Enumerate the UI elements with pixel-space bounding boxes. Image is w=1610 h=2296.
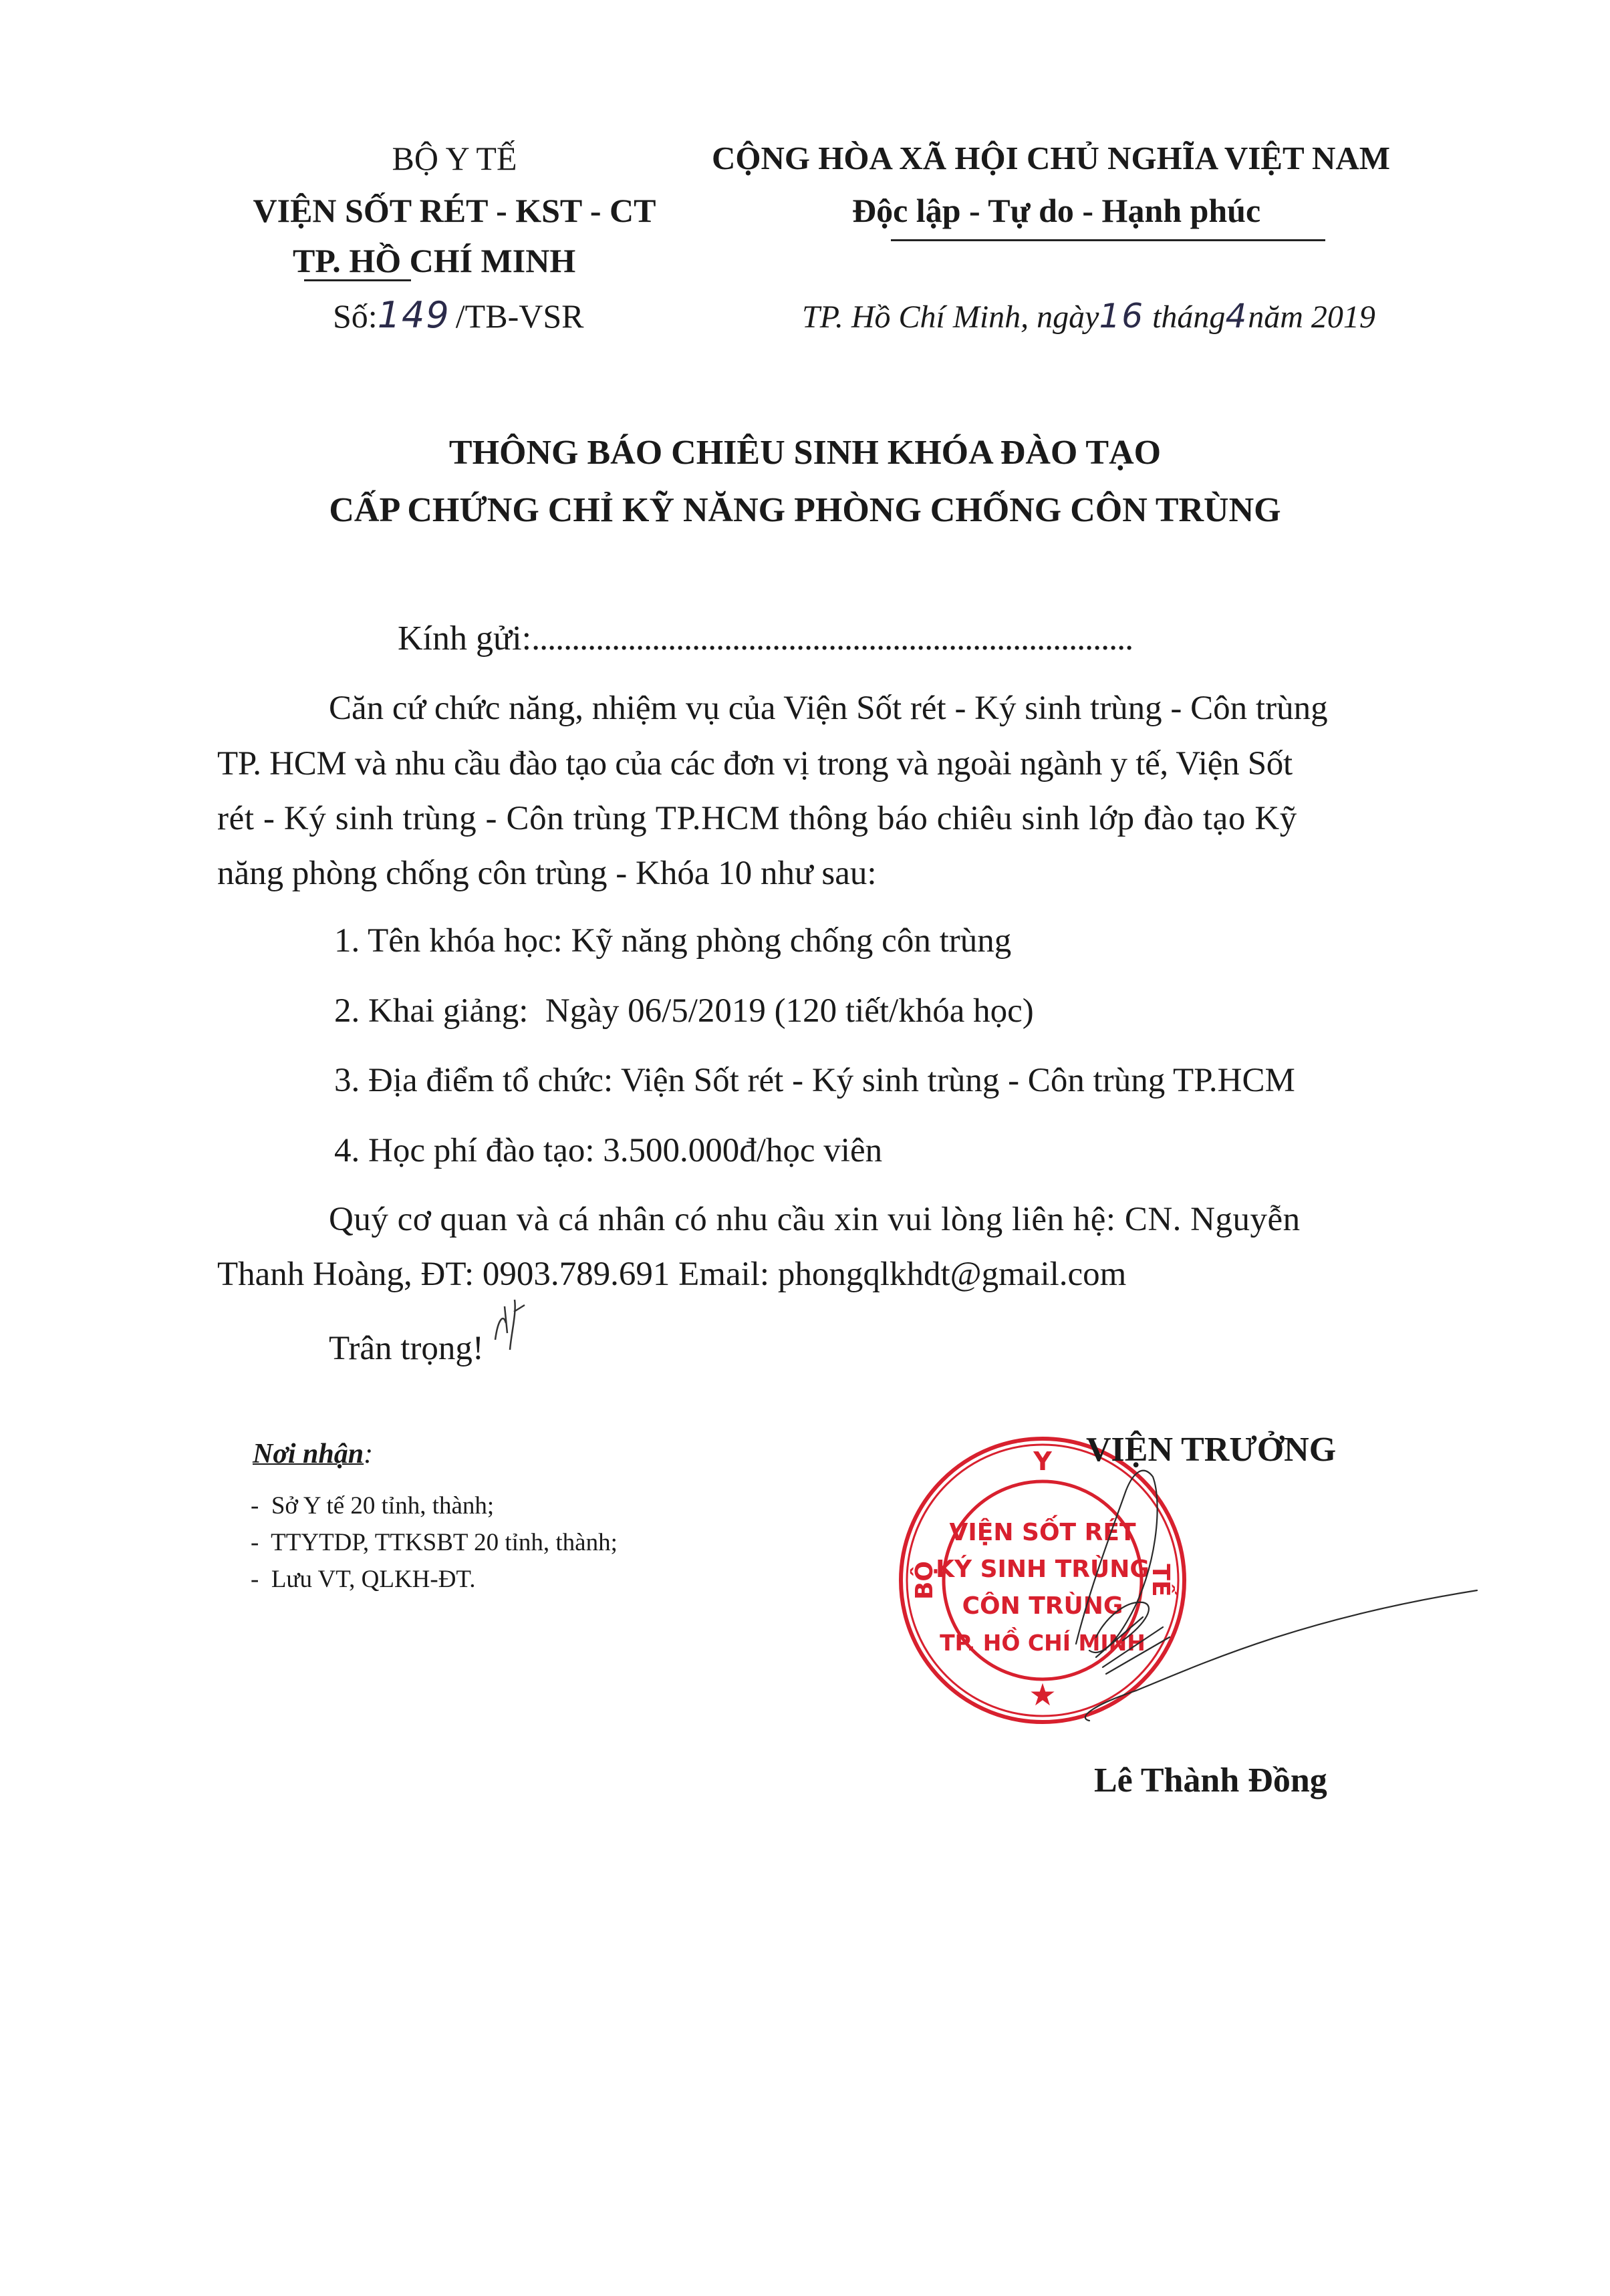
closing-text: Trân trọng! bbox=[329, 1332, 484, 1366]
notice-title-line1: THÔNG BÁO CHIÊU SINH KHÓA ĐÀO TẠO bbox=[0, 436, 1610, 470]
contact-line-1: Quý cơ quan và cá nhân có nhu cầu xin vu… bbox=[329, 1203, 1301, 1237]
recipient-item: - TTYTDP, TTKSBT 20 tỉnh, thành; bbox=[251, 1530, 618, 1555]
date-prefix: TP. Hồ Chí Minh, ngày bbox=[802, 299, 1099, 335]
institute-city: TP. HỒ CHÍ MINH bbox=[293, 244, 575, 277]
course-detail-text: Tên khóa học: Kỹ năng phòng chống côn tr… bbox=[368, 922, 1011, 960]
course-detail-text: Địa điểm tổ chức: Viện Sốt rét - Ký sinh… bbox=[368, 1062, 1295, 1099]
recipients-label-colon: : bbox=[364, 1439, 373, 1469]
salutation-label: Kính gửi: bbox=[398, 619, 531, 658]
stamp-left-text: BỘ bbox=[910, 1561, 938, 1600]
intro-line-1: Căn cứ chức năng, nhiệm vụ của Viện Sốt … bbox=[329, 692, 1328, 726]
recipients-label: Nơi nhận: bbox=[253, 1438, 373, 1470]
header-left-underline bbox=[304, 279, 411, 281]
recipient-item: - Lưu VT, QLKH-ĐT. bbox=[251, 1567, 476, 1592]
course-detail-number: 2. bbox=[334, 992, 360, 1030]
course-detail-number: 1. bbox=[334, 922, 360, 960]
salutation: Kính gửi:...............................… bbox=[398, 621, 1133, 656]
motto-underline bbox=[891, 239, 1325, 241]
country-name: CỘNG HÒA XÃ HỘI CHỦ NGHĨA VIỆT NAM bbox=[712, 142, 1390, 174]
recipients-label-text: Nơi nhận bbox=[253, 1439, 364, 1469]
institute-name: VIỆN SỐT RÉT - KST - CT bbox=[221, 194, 688, 227]
course-detail-item: 2. Khai giảng: Ngày 06/5/2019 (120 tiết/… bbox=[334, 994, 1034, 1028]
course-detail-item: 4. Học phí đào tạo: 3.500.000đ/học viên bbox=[334, 1134, 882, 1168]
course-detail-item: 3. Địa điểm tổ chức: Viện Sốt rét - Ký s… bbox=[334, 1064, 1295, 1098]
signatory-name: Lê Thành Đồng bbox=[1094, 1761, 1327, 1800]
course-detail-item: 1. Tên khóa học: Kỹ năng phòng chống côn… bbox=[334, 924, 1011, 958]
notice-title-line2: CẤP CHỨNG CHỈ KỸ NĂNG PHÒNG CHỐNG CÔN TR… bbox=[0, 493, 1610, 528]
ministry-name: BỘ Y TẾ bbox=[314, 142, 595, 175]
institute-city-prefix: TP. bbox=[293, 242, 341, 279]
intro-line-4: năng phòng chống côn trùng - Khóa 10 như… bbox=[217, 857, 877, 891]
handwritten-signature bbox=[962, 1437, 1484, 1757]
date-year: năm 2019 bbox=[1248, 299, 1375, 335]
date-month-label: tháng bbox=[1152, 299, 1225, 335]
course-detail-number: 4. bbox=[334, 1132, 360, 1169]
document-date: TP. Hồ Chí Minh, ngày16 tháng4năm 2019 bbox=[802, 299, 1375, 333]
course-detail-text: Khai giảng: Ngày 06/5/2019 (120 tiết/khó… bbox=[368, 992, 1034, 1030]
contact-line-2: Thanh Hoàng, ĐT: 0903.789.691 Email: pho… bbox=[217, 1258, 1126, 1292]
intro-line-2: TP. HCM và nhu cầu đào tạo của các đơn v… bbox=[217, 747, 1293, 781]
course-detail-number: 3. bbox=[334, 1062, 360, 1099]
intro-line-3: rét - Ký sinh trùng - Côn trùng TP.HCM t… bbox=[217, 802, 1297, 836]
initials-mark bbox=[491, 1293, 538, 1353]
recipient-item: - Sở Y tế 20 tỉnh, thành; bbox=[251, 1493, 494, 1518]
date-day-handwritten: 16 bbox=[1099, 297, 1144, 335]
salutation-blank[interactable]: ........................................… bbox=[531, 619, 1133, 658]
course-detail-text: Học phí đào tạo: 3.500.000đ/học viên bbox=[368, 1132, 882, 1169]
document-number-handwritten: 149 bbox=[378, 294, 450, 336]
date-month-handwritten: 4 bbox=[1225, 297, 1248, 335]
institute-city-name: HỒ CHÍ MINH bbox=[349, 242, 575, 279]
document-number-suffix: /TB-VSR bbox=[456, 297, 584, 335]
national-motto: Độc lập - Tự do - Hạnh phúc bbox=[852, 194, 1260, 227]
document-number-label: Số: bbox=[333, 297, 378, 335]
document-number: Số:149/TB-VSR bbox=[333, 297, 583, 333]
